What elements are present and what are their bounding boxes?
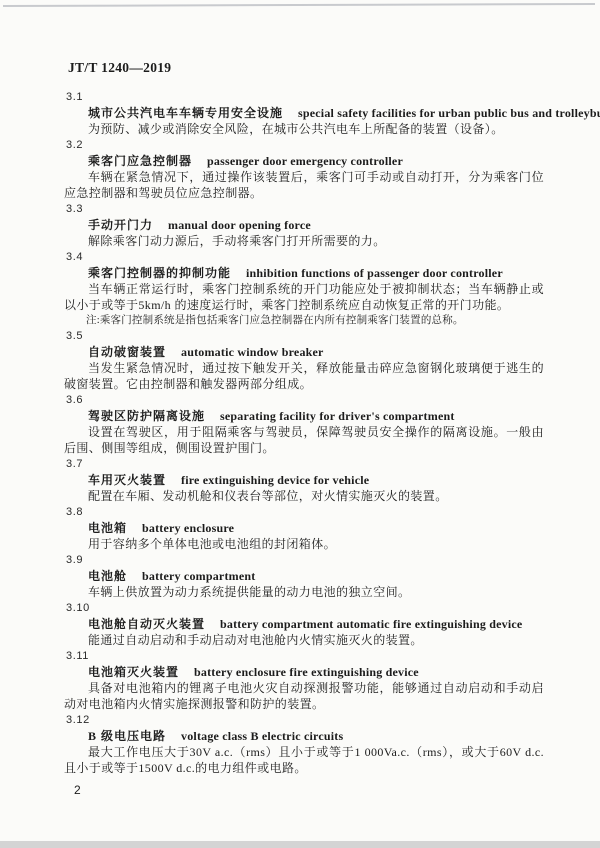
term-chinese: 车用灭火装置 <box>88 473 166 487</box>
page-number: 2 <box>74 782 544 798</box>
definition-paragraph: 解除乘客门动力源后，手动将乘客门打开所需要的力。 <box>64 233 544 249</box>
definition-paragraph: 具备对电池箱内的锂离子电池火灾自动探测报警功能，能够通过自动启动和手动启动对电池… <box>64 680 544 712</box>
clause-number: 3.11 <box>66 648 544 664</box>
clause-term: 乘客门控制器的抑制功能inhibition functions of passe… <box>64 265 544 281</box>
clause-term: 车用灭火装置fire extinguishing device for vehi… <box>64 472 544 488</box>
clause-section: 3.5 自动破窗装置automatic window breaker 当发生紧急… <box>64 328 544 392</box>
definition-paragraph: 当车辆正常运行时，乘客门控制系统的开门功能应处于被抑制状态；当车辆静止或以小于或… <box>64 281 544 313</box>
clause-term: 电池舱自动灭火装置battery compartment automatic f… <box>64 616 544 632</box>
clause-section: 3.9 电池舱battery compartment 车辆上供放置为动力系统提供… <box>64 552 544 600</box>
term-chinese: 电池舱自动灭火装置 <box>88 617 205 631</box>
clause-number: 3.2 <box>66 137 544 153</box>
term-chinese: B 级电压电路 <box>88 729 166 743</box>
term-english: automatic window breaker <box>181 345 324 359</box>
term-chinese: 电池舱 <box>88 569 127 583</box>
definition-paragraph: 用于容纳多个单体电池或电池组的封闭箱体。 <box>64 536 544 552</box>
clause-term: 乘客门应急控制器passenger door emergency control… <box>64 153 544 169</box>
clause-section: 3.8 电池箱battery enclosure 用于容纳多个单体电池或电池组的… <box>64 504 544 552</box>
definition-paragraph: 配置在车厢、发动机舱和仪表台等部位，对火情实施灭火的装置。 <box>64 488 544 504</box>
term-english: separating facility for driver's compart… <box>220 409 455 423</box>
term-english: fire extinguishing device for vehicle <box>181 473 369 487</box>
term-english: inhibition functions of passenger door c… <box>246 266 503 280</box>
clause-number: 3.10 <box>66 600 544 616</box>
document-page: JT/T 1240—2019 3.1 城市公共汽电车车辆专用安全设施specia… <box>0 0 600 848</box>
clause-term: 手动开门力manual door opening force <box>64 217 544 233</box>
clause-term: 自动破窗装置automatic window breaker <box>64 344 544 360</box>
clause-number: 3.7 <box>66 456 544 472</box>
definition-paragraph: 车辆在紧急情况下，通过操作该装置后，乘客门可手动或自动打开，分为乘客门位应急控制… <box>64 169 544 201</box>
term-chinese: 电池箱 <box>88 521 127 535</box>
term-english: voltage class B electric circuits <box>181 729 343 743</box>
definition-paragraph: 当发生紧急情况时，通过按下触发开关，释放能量击碎应急窗钢化玻璃便于逃生的破窗装置… <box>64 360 544 392</box>
clause-section: 3.11 电池箱灭火装置battery enclosure fire extin… <box>64 648 544 712</box>
clause-section: 3.4 乘客门控制器的抑制功能inhibition functions of p… <box>64 249 544 328</box>
clause-number: 3.12 <box>66 712 544 728</box>
term-english: battery compartment <box>142 569 255 583</box>
definition-paragraph: 为预防、减少或消除安全风险，在城市公共汽电车上所配备的装置（设备）。 <box>64 121 544 137</box>
term-english: manual door opening force <box>168 218 311 232</box>
term-english: battery compartment automatic fire extin… <box>220 617 522 631</box>
sections-container: 3.1 城市公共汽电车车辆专用安全设施special safety facili… <box>64 89 544 776</box>
definition-paragraph: 能通过自动启动和手动启动对电池舱内火情实施灭火的装置。 <box>64 632 544 648</box>
page-content: JT/T 1240—2019 3.1 城市公共汽电车车辆专用安全设施specia… <box>64 60 544 798</box>
definition-paragraph: 设置在驾驶区，用于阻隔乘客与驾驶员，保障驾驶员安全操作的隔离设施。一般由后围、侧… <box>64 424 544 456</box>
clause-section: 3.2 乘客门应急控制器passenger door emergency con… <box>64 137 544 201</box>
clause-section: 3.6 驾驶区防护隔离设施separating facility for dri… <box>64 392 544 456</box>
term-chinese: 乘客门应急控制器 <box>88 154 192 168</box>
clause-number: 3.9 <box>66 552 544 568</box>
clause-term: B 级电压电路voltage class B electric circuits <box>64 728 544 744</box>
clause-number: 3.4 <box>66 249 544 265</box>
clause-section: 3.12 B 级电压电路voltage class B electric cir… <box>64 712 544 776</box>
clause-term: 电池箱灭火装置battery enclosure fire extinguish… <box>64 664 544 680</box>
clause-term: 电池舱battery compartment <box>64 568 544 584</box>
term-chinese: 自动破窗装置 <box>88 345 166 359</box>
clause-number: 3.8 <box>66 504 544 520</box>
definition-paragraph: 最大工作电压大于30V a.c.（rms）且小于或等于1 000Va.c.（rm… <box>64 744 544 776</box>
clause-term: 电池箱battery enclosure <box>64 520 544 536</box>
note-paragraph: 注:乘客门控制系统是指包括乘客门应急控制器在内所有控制乘客门装置的总称。 <box>64 313 544 328</box>
clause-section: 3.3 手动开门力manual door opening force 解除乘客门… <box>64 201 544 249</box>
term-chinese: 手动开门力 <box>88 218 153 232</box>
clause-term: 驾驶区防护隔离设施separating facility for driver'… <box>64 408 544 424</box>
term-chinese: 城市公共汽电车车辆专用安全设施 <box>88 106 283 120</box>
term-chinese: 电池箱灭火装置 <box>88 665 179 679</box>
term-english: battery enclosure <box>142 521 234 535</box>
scan-edge-bottom-bar <box>0 841 600 848</box>
clause-section: 3.1 城市公共汽电车车辆专用安全设施special safety facili… <box>64 89 544 137</box>
definition-paragraph: 车辆上供放置为动力系统提供能量的动力电池的独立空间。 <box>64 584 544 600</box>
clause-number: 3.3 <box>66 201 544 217</box>
clause-section: 3.10 电池舱自动灭火装置battery compartment automa… <box>64 600 544 648</box>
scan-edge-top-line <box>3 3 595 7</box>
term-english: special safety facilities for urban publ… <box>298 106 600 120</box>
term-chinese: 驾驶区防护隔离设施 <box>88 409 205 423</box>
clause-term: 城市公共汽电车车辆专用安全设施special safety facilities… <box>64 105 544 121</box>
clause-number: 3.5 <box>66 328 544 344</box>
clause-number: 3.1 <box>66 89 544 105</box>
standard-number-header: JT/T 1240—2019 <box>68 60 544 76</box>
term-english: passenger door emergency controller <box>207 154 403 168</box>
clause-number: 3.6 <box>66 392 544 408</box>
term-english: battery enclosure fire extinguishing dev… <box>194 665 419 679</box>
term-chinese: 乘客门控制器的抑制功能 <box>88 266 231 280</box>
clause-section: 3.7 车用灭火装置fire extinguishing device for … <box>64 456 544 504</box>
